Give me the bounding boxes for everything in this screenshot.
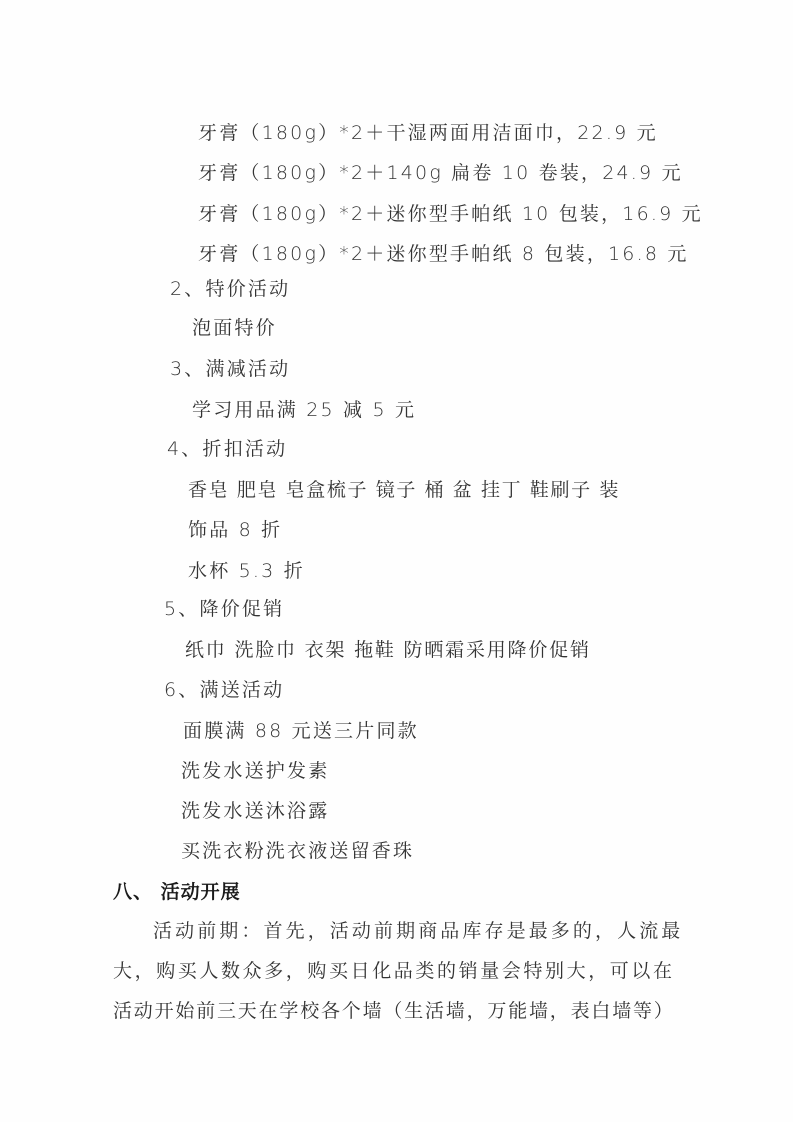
chapter-heading: 八、 活动开展 xyxy=(113,879,241,905)
paragraph-line: 大，购买人数众多，购买日化品类的销量会特别大，可以在 xyxy=(113,958,675,984)
section-item: 饰品 8 折 xyxy=(188,517,282,543)
section-title-gift-with-purchase: 6、满送活动 xyxy=(164,677,284,703)
paragraph-line: 活动前期：首先，活动前期商品库存是最多的，人流最 xyxy=(153,918,683,944)
section-item: 面膜满 88 元送三片同款 xyxy=(183,718,419,744)
document-page: 牙膏（180g）*2＋干湿两面用洁面巾，22.9 元 牙膏（180g）*2＋14… xyxy=(0,0,793,1122)
section-item: 纸巾 洗脸巾 衣架 拖鞋 防晒霜采用降价促销 xyxy=(185,637,591,663)
section-item: 洗发水送沐浴露 xyxy=(181,798,329,824)
combo-item: 牙膏（180g）*2＋140g 扁卷 10 卷装，24.9 元 xyxy=(198,160,683,186)
paragraph-line: 活动开始前三天在学校各个墙（生活墙，万能墙，表白墙等） xyxy=(113,998,675,1024)
section-item: 水杯 5.3 折 xyxy=(188,558,305,584)
section-title-discount: 4、折扣活动 xyxy=(167,436,287,462)
combo-item: 牙膏（180g）*2＋迷你型手帕纸 8 包装，16.8 元 xyxy=(198,241,689,267)
combo-item: 牙膏（180g）*2＋干湿两面用洁面巾，22.9 元 xyxy=(198,120,658,146)
section-item: 学习用品满 25 减 5 元 xyxy=(192,397,416,423)
section-item: 洗发水送护发素 xyxy=(181,758,329,784)
section-title-spend-discount: 3、满减活动 xyxy=(170,356,290,382)
section-item: 香皂 肥皂 皂盒梳子 镜子 桶 盆 挂丁 鞋刷子 装 xyxy=(188,477,620,503)
combo-item: 牙膏（180g）*2＋迷你型手帕纸 10 包装，16.9 元 xyxy=(198,201,703,227)
section-title-price-reduction: 5、降价促销 xyxy=(164,596,284,622)
section-item: 泡面特价 xyxy=(192,315,277,341)
section-item: 买洗衣粉洗衣液送留香珠 xyxy=(181,838,414,864)
section-title-special-price: 2、特价活动 xyxy=(170,276,290,302)
